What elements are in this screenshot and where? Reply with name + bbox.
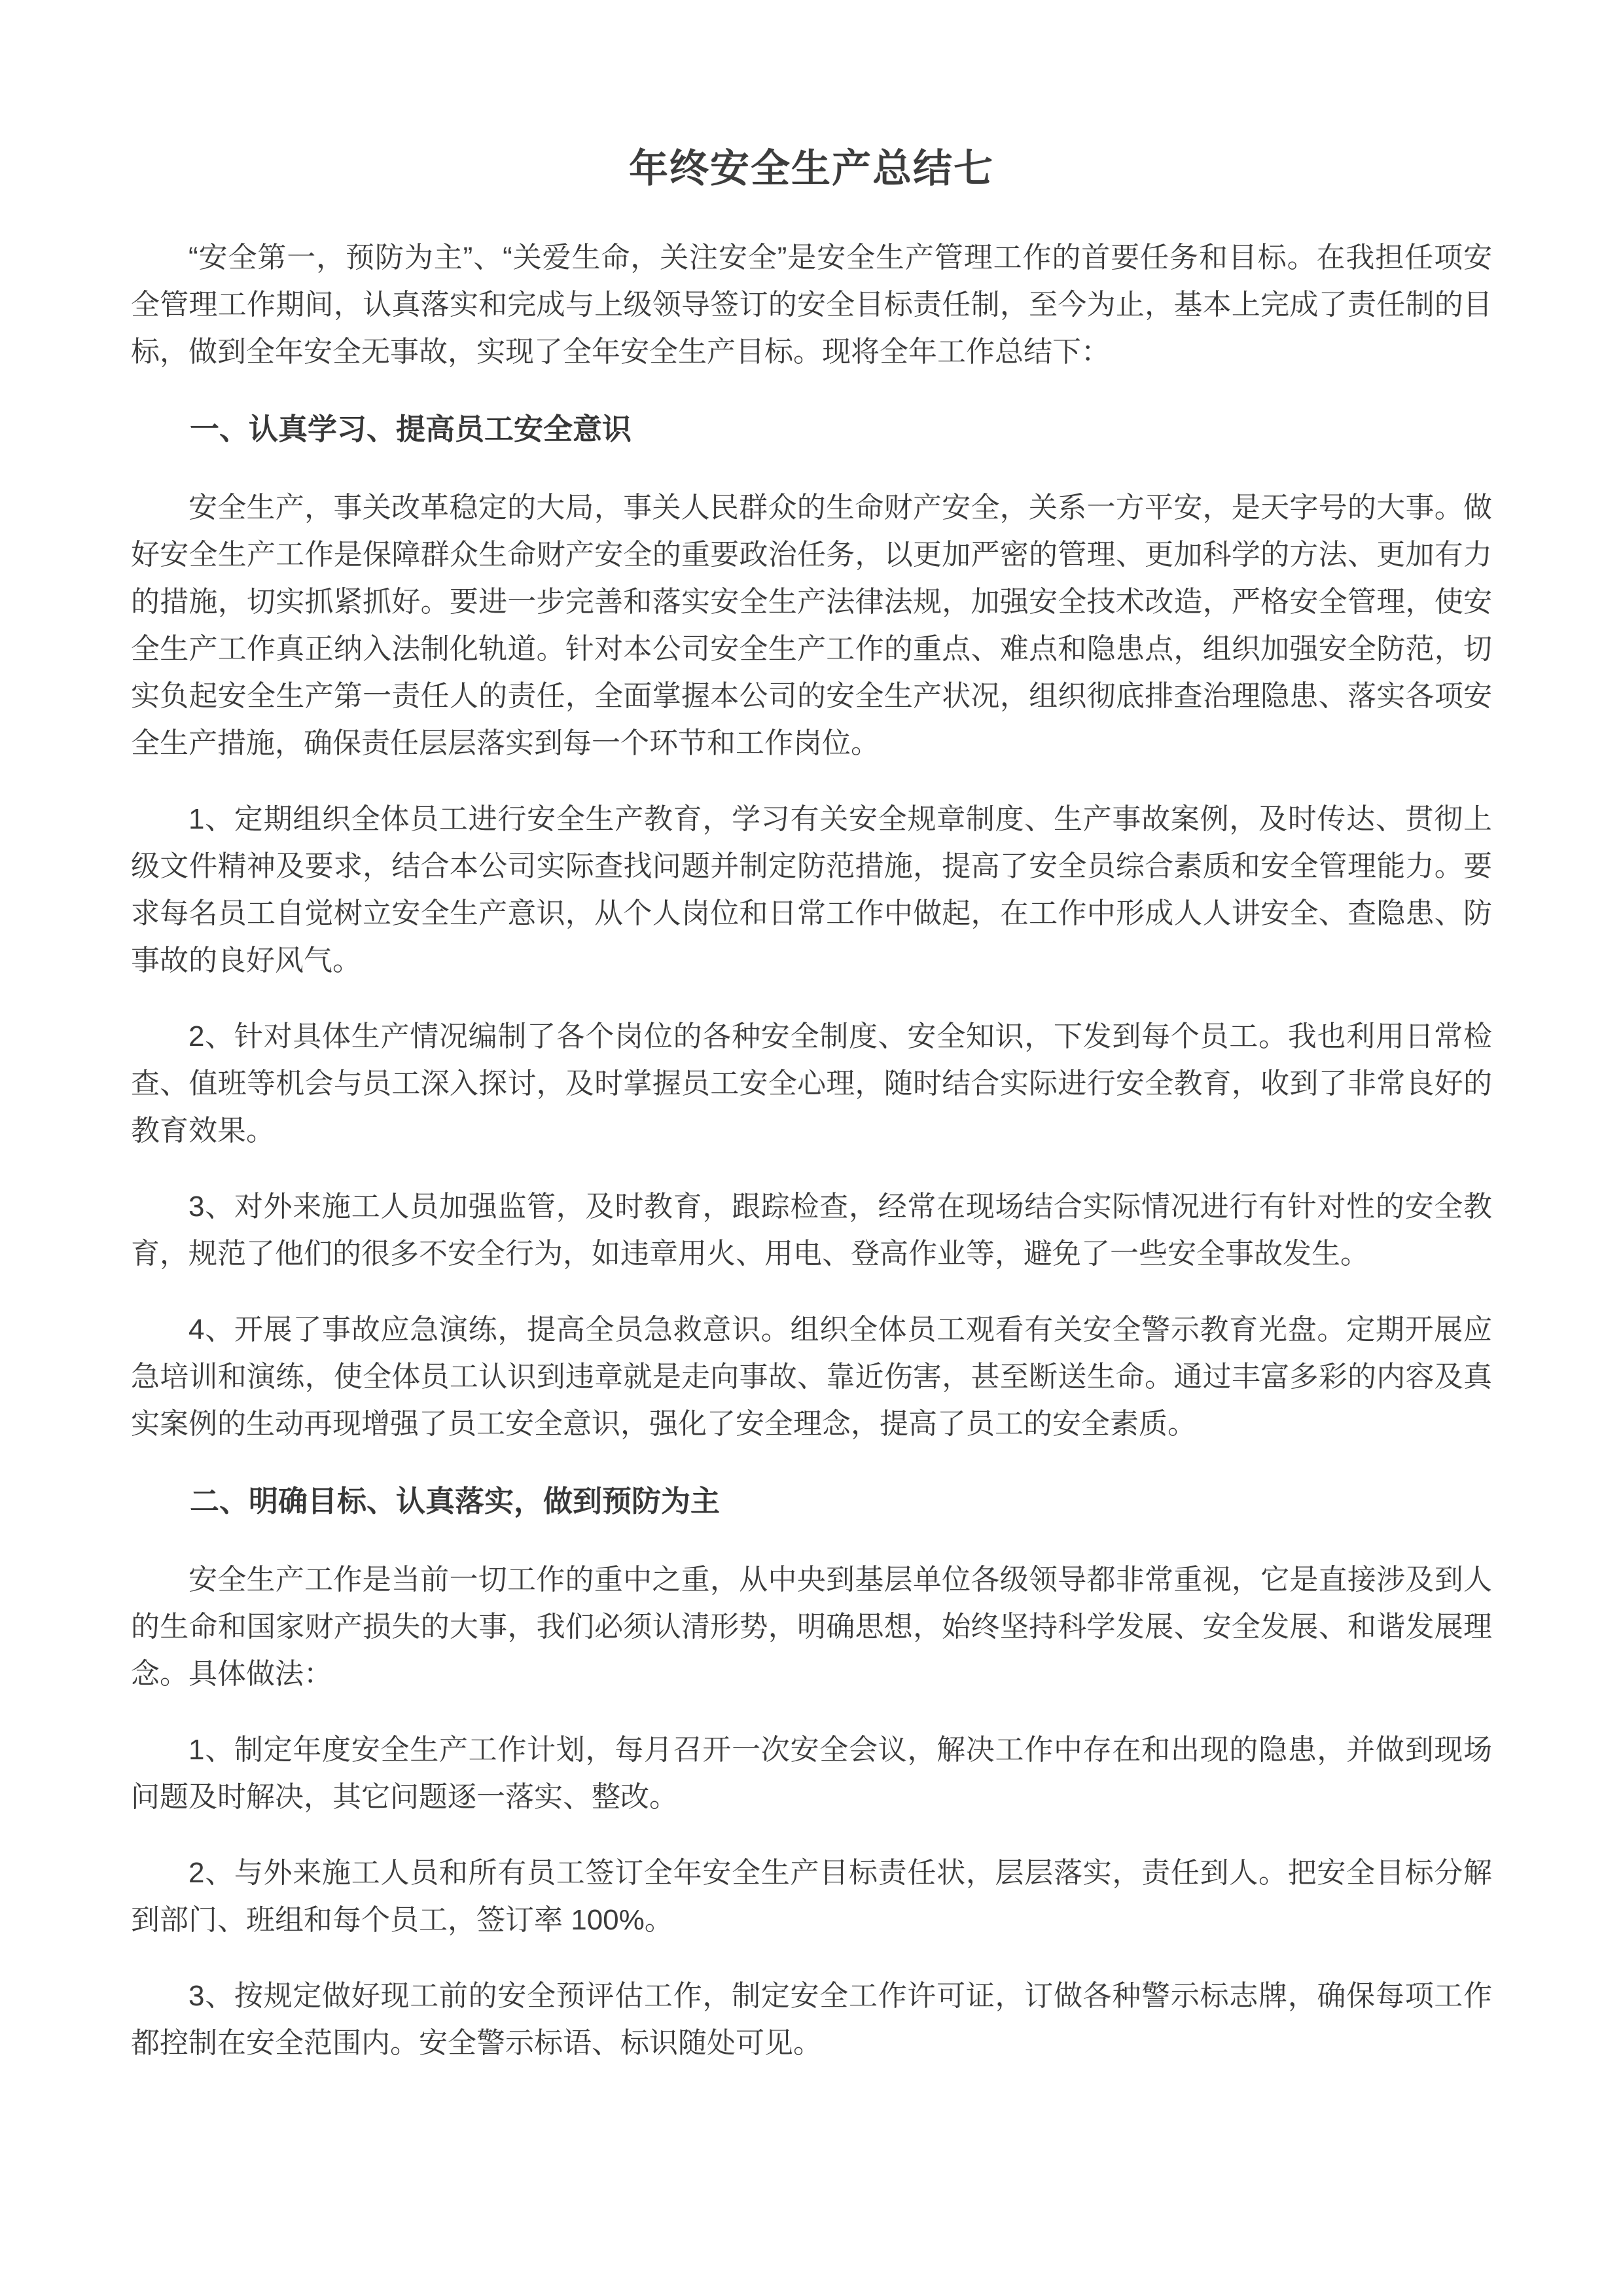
paragraph-section2-item2: 2、与外来施工人员和所有员工签订全年安全生产目标责任状，层层落实，责任到人。把安… xyxy=(131,1850,1492,1944)
document-title: 年终安全生产总结七 xyxy=(131,139,1492,199)
document-page: 年终安全生产总结七 “安全第一，预防为主”、“关爱生命，关注安全”是安全生产管理… xyxy=(0,0,1623,2296)
paragraph-section2-overview: 安全生产工作是当前一切工作的重中之重，从中央到基层单位各级领导都非常重视，它是直… xyxy=(131,1556,1492,1698)
paragraph-section1-item2: 2、针对具体生产情况编制了各个岗位的各种安全制度、安全知识，下发到每个员工。我也… xyxy=(131,1013,1492,1155)
paragraph-section1-item4: 4、开展了事故应急演练，提高全员急救意识。组织全体员工观看有关安全警示教育光盘。… xyxy=(131,1306,1492,1448)
paragraph-section1-item1: 1、定期组织全体员工进行安全生产教育，学习有关安全规章制度、生产事故案例，及时传… xyxy=(131,796,1492,984)
paragraph-section2-item3: 3、按规定做好现工前的安全预评估工作，制定安全工作许可证，订做各种警示标志牌，确… xyxy=(131,1973,1492,2067)
paragraph-section1-item3: 3、对外来施工人员加强监管，及时教育，跟踪检查，经常在现场结合实际情况进行有针对… xyxy=(131,1183,1492,1278)
section-2-heading: 二、明确目标、认真落实，做到预防为主 xyxy=(131,1477,1492,1526)
paragraph-intro: “安全第一，预防为主”、“关爱生命，关注安全”是安全生产管理工作的首要任务和目标… xyxy=(131,234,1492,376)
paragraph-section1-overview: 安全生产，事关改革稳定的大局，事关人民群众的生命财产安全，关系一方平安，是天字号… xyxy=(131,484,1492,767)
paragraph-section2-item1: 1、制定年度安全生产工作计划，每月召开一次安全会议，解决工作中存在和出现的隐患，… xyxy=(131,1727,1492,1821)
section-1-heading: 一、认真学习、提高员工安全意识 xyxy=(131,404,1492,454)
